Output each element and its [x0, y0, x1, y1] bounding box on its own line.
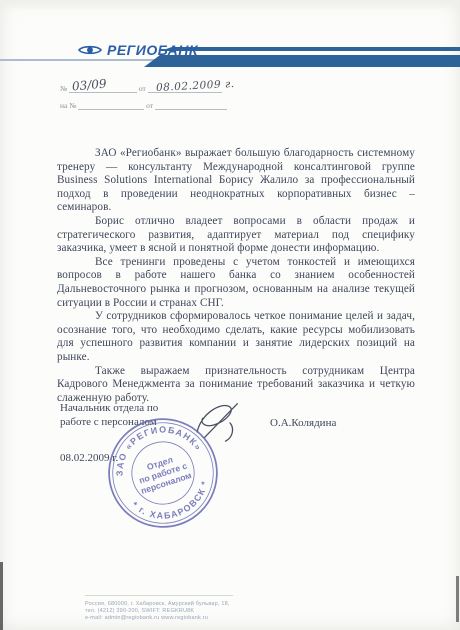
- scan-mark-right: [456, 576, 459, 622]
- signer-name: О.А.Колядина: [270, 417, 336, 429]
- paragraph: ЗАО «Региобанк» выражает большую благода…: [57, 147, 415, 215]
- reply-date-field: [155, 101, 227, 110]
- reply-date-label: от: [146, 101, 153, 110]
- round-stamp: ЗАО «РЕГИОБАНК» * г. ХАБАРОВСК * Отдел п…: [106, 416, 220, 530]
- signer-title-line1: Начальник отдела по: [60, 402, 158, 416]
- reply-number-field: [78, 101, 144, 110]
- eye-icon: [78, 44, 102, 56]
- header-stripe-thin: [160, 47, 460, 51]
- letter-page: РЕГИОБАНК № от 03/09 08.02.2009 г. на № …: [0, 0, 460, 630]
- bank-name: РЕГИОБАНК: [107, 42, 198, 58]
- footer-rule: [85, 595, 233, 596]
- scan-mark-left: [0, 562, 3, 630]
- bank-logo: РЕГИОБАНК: [78, 42, 198, 58]
- incoming-ref-row: на № от: [60, 101, 227, 110]
- footer-address: Россия, 680000, г. Хабаровск, Амурский б…: [85, 601, 230, 608]
- scan-edge-shadow: [0, 0, 460, 10]
- paragraph: У сотрудников сформировалось четкое пони…: [57, 310, 415, 364]
- handwritten-date: 08.02.2009 г.: [156, 78, 235, 94]
- footer-phone-swift: тел. (4212) 390-200, SWIFT: REGKRU8K: [85, 608, 230, 615]
- outgoing-ref-row: № от 03/09 08.02.2009 г.: [60, 84, 227, 93]
- paragraph: Борис отлично владеет вопросами в област…: [57, 215, 415, 256]
- number-label: №: [60, 84, 67, 93]
- letter-body: ЗАО «Региобанк» выражает большую благода…: [57, 147, 415, 405]
- reply-label: на №: [60, 101, 76, 110]
- date-label: от: [139, 84, 146, 93]
- footer-contacts: Россия, 680000, г. Хабаровск, Амурский б…: [85, 601, 230, 621]
- reference-block: № от 03/09 08.02.2009 г. на № от: [60, 84, 227, 118]
- paragraph: Все тренинги проведены с учетом тонкосте…: [57, 256, 415, 310]
- footer-email-site: e-mail: admin@regiobank.ru www.regiobank…: [85, 615, 230, 622]
- handwritten-number: 03/09: [71, 77, 107, 94]
